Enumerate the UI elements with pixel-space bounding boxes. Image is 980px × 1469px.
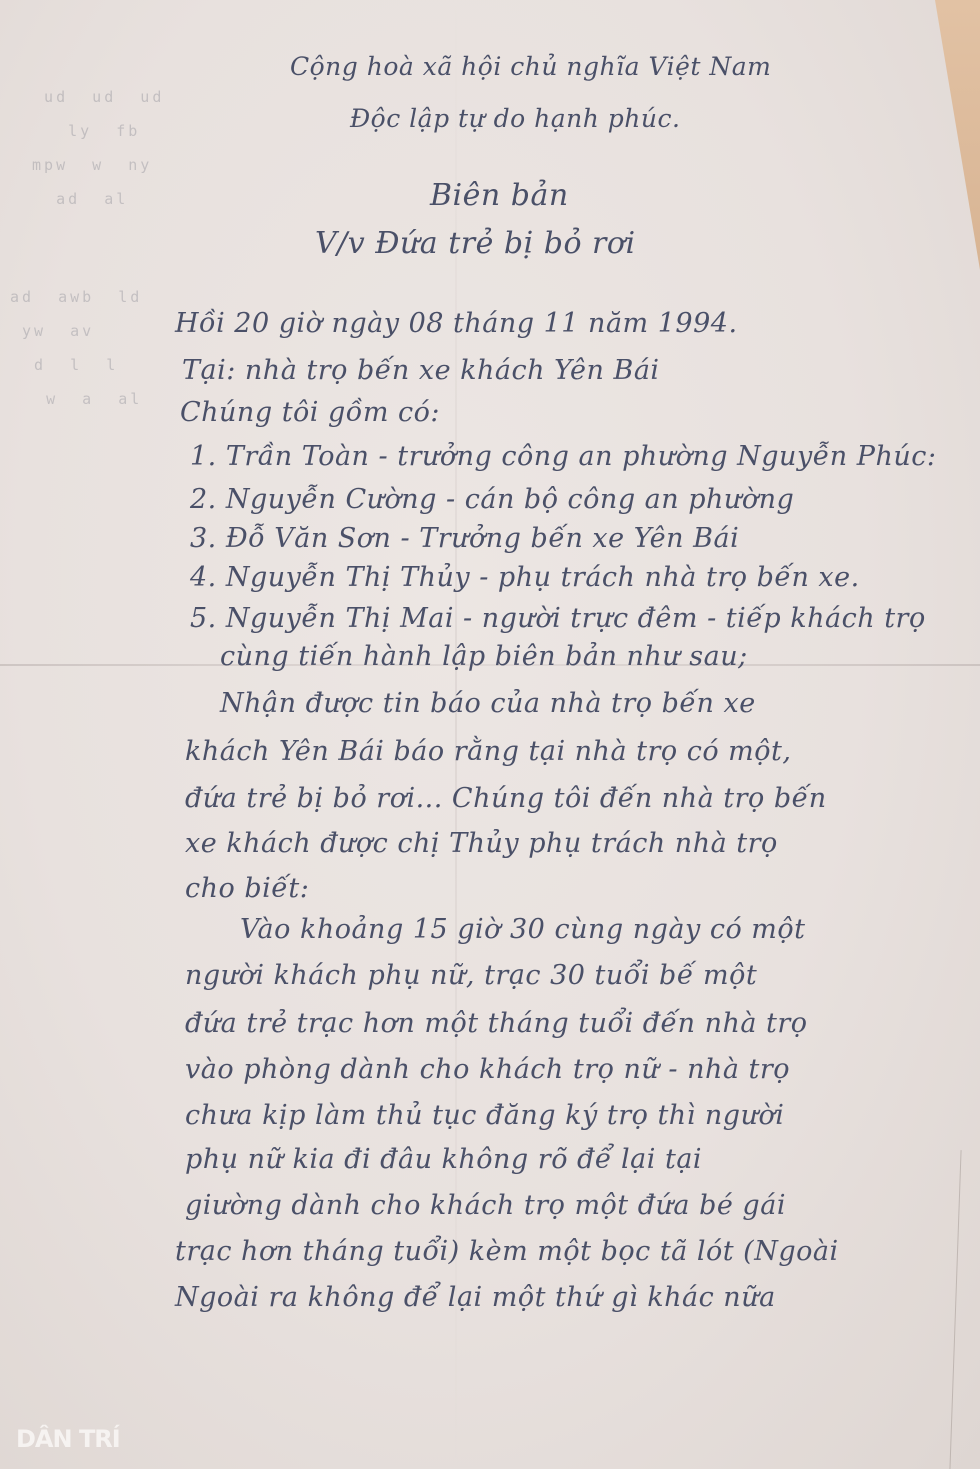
body-line-7: người khách phụ nữ, trạc 30 tuổi bế một (185, 960, 757, 991)
national-header-line1: Cộng hoà xã hội chủ nghĩa Việt Nam (290, 52, 771, 81)
body-line-9: vào phòng dành cho khách trọ nữ - nhà tr… (185, 1054, 790, 1085)
body-line-5: cho biết: (185, 873, 309, 904)
member-1: 1. Trần Toàn - trưởng công an phường Ngu… (190, 441, 936, 472)
national-header-line2: Độc lập tự do hạnh phúc. (350, 104, 680, 133)
line-time: Hồi 20 giờ ngày 08 tháng 11 năm 1994. (175, 308, 738, 339)
body-line-12: giường dành cho khách trọ một đứa bé gái (185, 1190, 786, 1221)
body-line-2: khách Yên Bái báo rằng tại nhà trọ có mộ… (185, 736, 791, 767)
body-line-6: Vào khoảng 15 giờ 30 cùng ngày có một (240, 914, 806, 945)
dan-tri-watermark-logo: DÂN TRÍ (16, 1425, 120, 1453)
bleed-through-text-mid: ad awb ld yw av d l l w a al (10, 280, 142, 416)
member-5: 5. Nguyễn Thị Mai - người trực đêm - tiế… (190, 603, 926, 634)
body-line-4: xe khách được chị Thủy phụ trách nhà trọ (185, 828, 778, 859)
document-title: Biên bản (430, 178, 569, 213)
body-line-13: trạc hơn tháng tuổi) kèm một bọc tã lót … (175, 1236, 839, 1267)
body-line-8: đứa trẻ trạc hơn một tháng tuổi đến nhà … (185, 1008, 808, 1039)
body-line-11: phụ nữ kia đi đâu không rõ để lại tại (185, 1144, 702, 1175)
body-line-1: Nhận được tin báo của nhà trọ bến xe (220, 688, 756, 719)
member-2: 2. Nguyễn Cường - cán bộ công an phường (190, 484, 794, 515)
body-line-14: Ngoài ra không để lại một thứ gì khác nữ… (175, 1282, 776, 1313)
member-4: 4. Nguyễn Thị Thủy - phụ trách nhà trọ b… (190, 562, 860, 593)
body-line-3: đứa trẻ bị bỏ rơi... Chúng tôi đến nhà t… (185, 783, 827, 814)
line-members-intro: Chúng tôi gồm có: (180, 397, 440, 428)
line-location: Tại: nhà trọ bến xe khách Yên Bái (182, 355, 660, 386)
bleed-through-text-top: ud ud ud ly fb mpw w ny ad al (20, 80, 164, 216)
body-line-10: chưa kịp làm thủ tục đăng ký trọ thì ngư… (185, 1100, 784, 1131)
member-3: 3. Đỗ Văn Sơn - Trưởng bến xe Yên Bái (190, 523, 739, 554)
line-proceed: cùng tiến hành lập biên bản như sau; (220, 641, 748, 672)
document-subject: V/v Đứa trẻ bị bỏ rơi (315, 226, 636, 261)
